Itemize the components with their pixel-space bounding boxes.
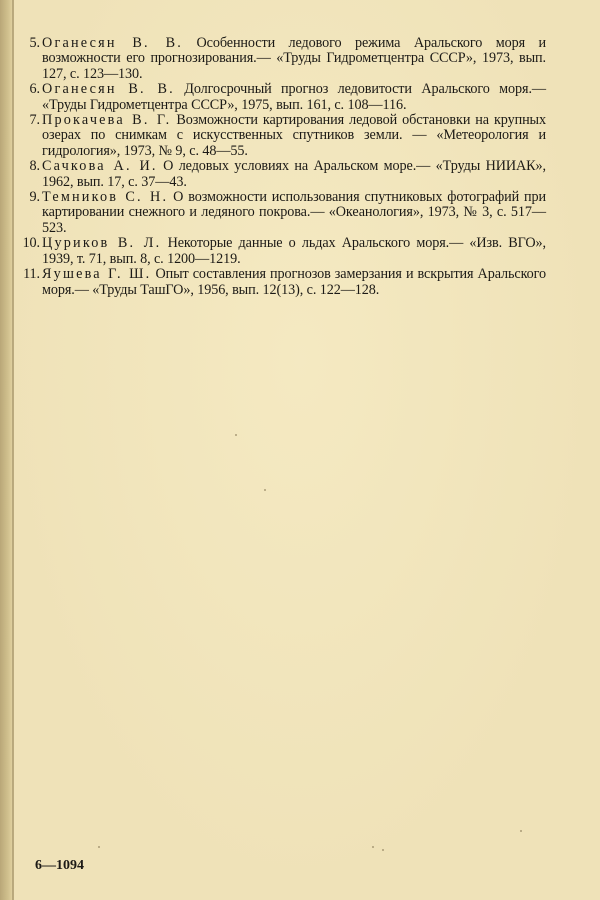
reference-number: 6. <box>22 82 40 97</box>
reference-number: 11. <box>22 267 40 282</box>
paper-speck <box>382 849 384 851</box>
reference-number: 5. <box>22 36 40 51</box>
paper-speck <box>98 846 100 848</box>
reference-author: Цуриков В. Л. <box>42 235 161 251</box>
reference-number: 8. <box>22 159 40 174</box>
reference-author: Темников С. Н. <box>42 189 168 205</box>
printer-signature-mark: 6—1094 <box>35 858 84 874</box>
reference-number: 10. <box>22 236 40 251</box>
binding-shadow-line <box>12 0 14 900</box>
reference-item: 10.Цуриков В. Л. Некоторые данные о льда… <box>22 236 546 267</box>
paper-speck <box>372 846 374 848</box>
reference-item: 9.Темников С. Н. О возможности использов… <box>22 190 546 236</box>
reference-item: 11.Яушева Г. Ш. Опыт составления прогноз… <box>22 267 546 298</box>
reference-item: 8.Сачкова А. И. О ледовых условиях на Ар… <box>22 159 546 190</box>
reference-author: Оганесян В. В. <box>42 35 183 51</box>
reference-list: 5.Оганесян В. В. Особенности ледового ре… <box>22 36 546 298</box>
reference-item: 7.Прокачева В. Г. Возможности картирован… <box>22 113 546 159</box>
paper-speck <box>264 489 266 491</box>
reference-item: 5.Оганесян В. В. Особенности ледового ре… <box>22 36 546 82</box>
reference-author: Сачкова А. И. <box>42 158 158 174</box>
reference-author: Яушева Г. Ш. <box>42 266 151 282</box>
paper-speck <box>520 830 522 832</box>
reference-number: 7. <box>22 113 40 128</box>
reference-author: Прокачева В. Г. <box>42 112 171 128</box>
paper-speck <box>235 434 237 436</box>
reference-item: 6.Оганесян В. В. Долгосрочный прогноз ле… <box>22 82 546 113</box>
reference-author: Оганесян В. В. <box>42 81 175 97</box>
reference-number: 9. <box>22 190 40 205</box>
